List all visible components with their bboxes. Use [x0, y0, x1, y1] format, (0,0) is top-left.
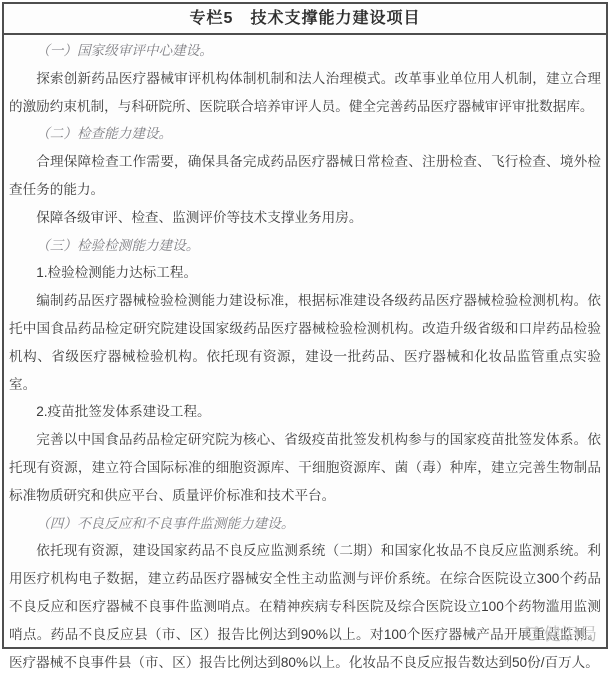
paragraph: 合理保障检查工作需要，确保具备完成药品医疗器械日常检查、注册检查、飞行检查、境外…: [9, 148, 601, 204]
paragraph: 探索创新药品医疗器械审评机构体制机制和法人治理模式。改革事业单位用人机制，建立合…: [9, 65, 601, 121]
document-box: 专栏5 技术支撑能力建设项目 （一）国家级审评中心建设。 探索创新药品医疗器械审…: [2, 2, 608, 649]
section-heading-2: （二）检查能力建设。: [9, 120, 601, 148]
box-title: 专栏5 技术支撑能力建设项目: [4, 4, 606, 35]
paragraph: 1.检验检测能力达标工程。: [9, 259, 601, 287]
paragraph: 2.疫苗批签发体系建设工程。: [9, 398, 601, 426]
document-body: （一）国家级审评中心建设。 探索创新药品医疗器械审评机构体制机制和法人治理模式。…: [4, 35, 606, 653]
section-heading-1: （一）国家级审评中心建设。: [9, 37, 601, 65]
section-heading-3: （三）检验检测能力建设。: [9, 232, 601, 260]
paragraph: 编制药品医疗器械检验检测能力建设标准，根据标准建设各级药品医疗器械检验检测机构。…: [9, 287, 601, 398]
paragraph: 保障各级审评、检查、监测评价等技术支撑业务用房。: [9, 204, 601, 232]
paragraph: 依托现有资源，建设国家药品不良反应监测系统（二期）和国家化妆品不良反应监测系统。…: [9, 537, 601, 653]
section-heading-4: （四）不良反应和不良事件监测能力建设。: [9, 510, 601, 538]
paragraph: 完善以中国食品药品检定研究院为核心、省级疫苗批签发机构参与的国家疫苗批签发体系。…: [9, 426, 601, 509]
